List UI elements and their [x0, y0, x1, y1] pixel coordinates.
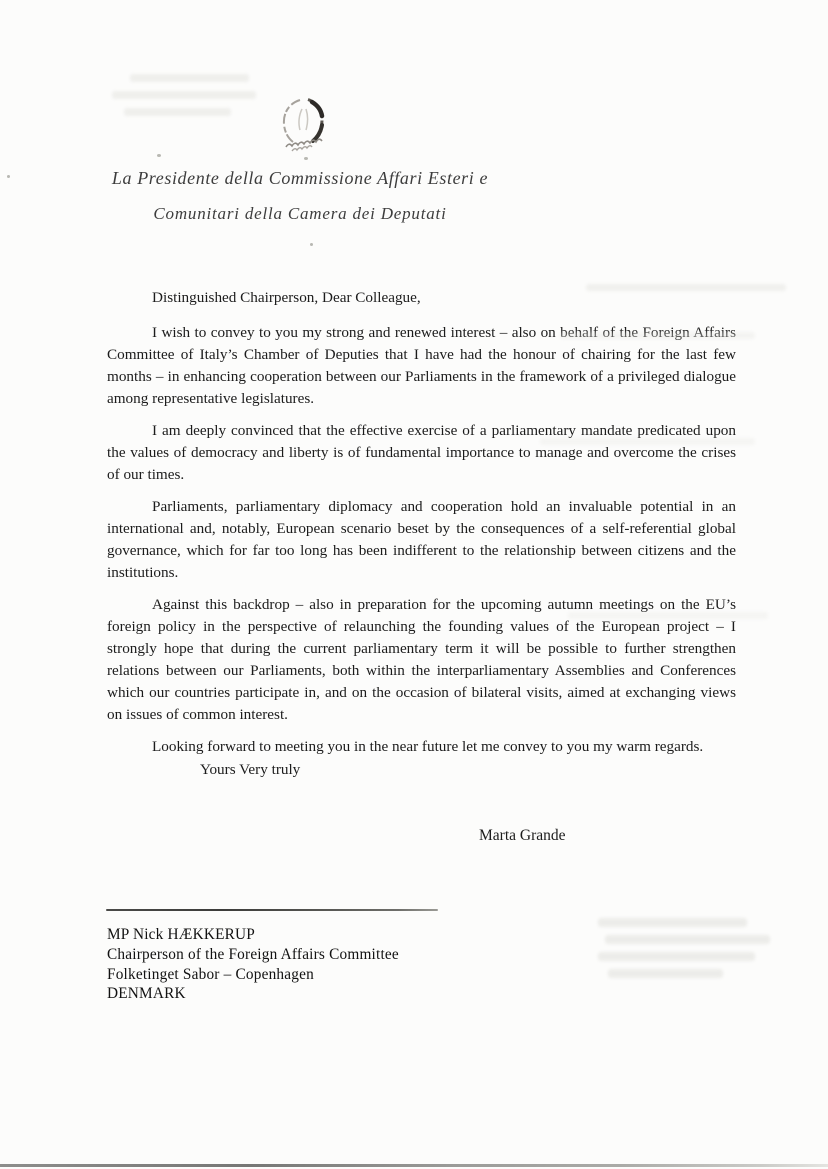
salutation: Distinguished Chairperson, Dear Colleagu… — [107, 287, 736, 309]
closing-line: Yours Very truly — [200, 761, 300, 779]
letterhead-line-2: Comunitari della Camera dei Deputati — [90, 202, 510, 226]
paragraph-1: I wish to convey to you my strong and re… — [107, 322, 736, 410]
scanner-edge-artifact — [0, 1164, 828, 1167]
ink-speck — [310, 243, 313, 246]
recipient-address-block: MP Nick HÆKKERUP Chairperson of the Fore… — [107, 925, 399, 1004]
paragraph-3: Parliaments, parliamentary diplomacy and… — [107, 496, 736, 584]
ink-speck — [7, 175, 10, 178]
scanned-letter-page: La Presidente della Commissione Affari E… — [0, 0, 828, 1169]
paragraph-5: Looking forward to meeting you in the ne… — [107, 736, 736, 758]
camera-dei-deputati-emblem-icon — [278, 97, 328, 155]
bleed-through-text-artifact — [598, 918, 763, 986]
recipient-name: MP Nick HÆKKERUP — [107, 925, 399, 945]
signature-name: Marta Grande — [479, 827, 566, 845]
recipient-country: DENMARK — [107, 984, 399, 1004]
recipient-title: Chairperson of the Foreign Affairs Commi… — [107, 945, 399, 965]
letterhead-title: La Presidente della Commissione Affari E… — [90, 166, 510, 226]
address-divider-line — [106, 909, 438, 911]
ink-speck — [304, 157, 308, 160]
letter-body: Distinguished Chairperson, Dear Colleagu… — [107, 287, 736, 768]
recipient-institution: Folketinget Sabor – Copenhagen — [107, 965, 399, 985]
paragraph-4: Against this backdrop – also in preparat… — [107, 594, 736, 726]
letterhead-line-1: La Presidente della Commissione Affari E… — [90, 166, 510, 190]
bleed-through-stamp-artifact — [112, 74, 264, 125]
paragraph-2: I am deeply convinced that the effective… — [107, 420, 736, 486]
ink-speck — [157, 154, 161, 157]
